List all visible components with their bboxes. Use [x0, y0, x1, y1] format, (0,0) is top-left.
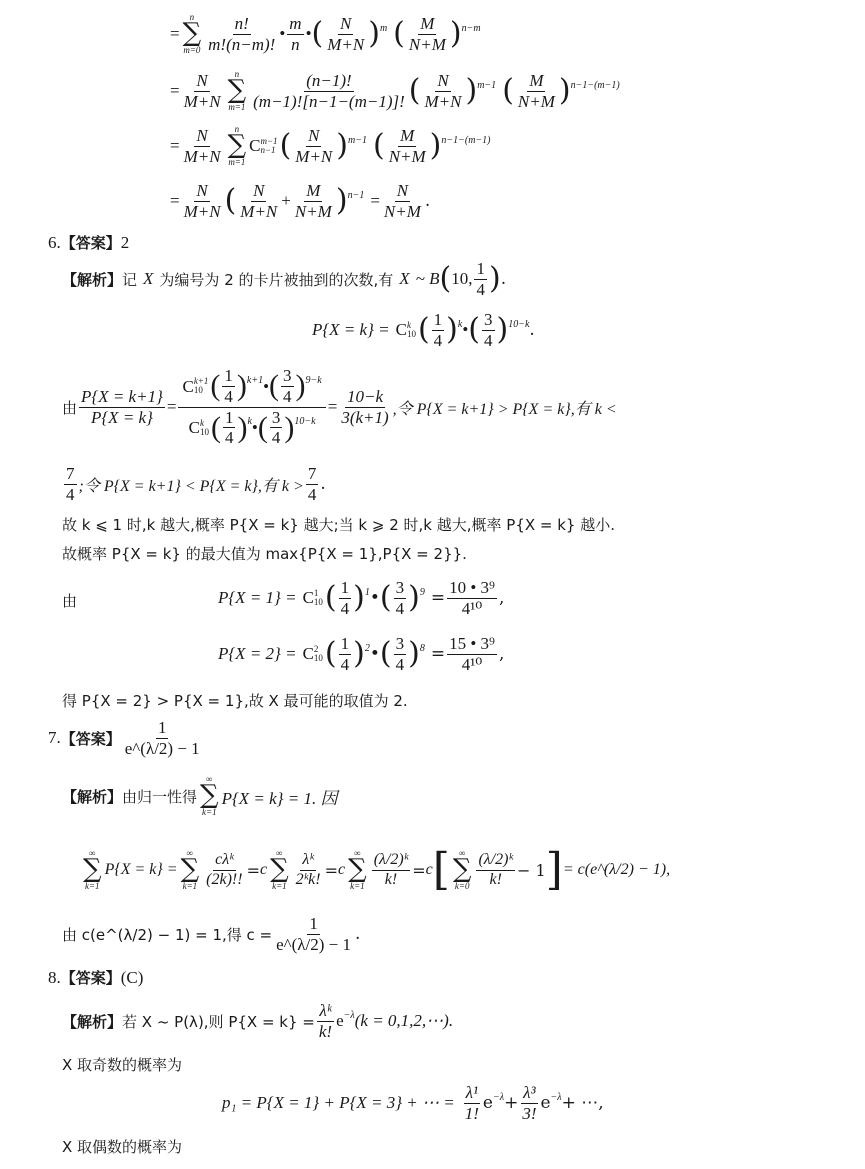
q8-odd-label: X 取奇数的概率为: [62, 1054, 182, 1075]
sum-symbol: n∑m=0: [183, 13, 202, 54]
ratio-big-fraction: Ck+110 (14)k+1 • (34)9−k Ck10 (14)k • (3…: [178, 366, 325, 447]
q8-answer: 8.【答案】(C): [48, 967, 143, 988]
sum-symbol: n∑m=1: [228, 70, 247, 111]
q6-p2: P{X = 2} = C210 (14)2 • (34)8 = 15 • 3⁹4…: [218, 630, 504, 678]
q6-conclusion: 得 P{X = 2} > P{X = 1},故 X 最可能的取值为 2.: [62, 690, 408, 711]
q6-condition: 74 ;令 P{X = k+1} < P{X = k},有 k > 74.: [62, 462, 326, 506]
q7-answer: 7.【答案】 1e^(λ/2) − 1: [48, 718, 204, 758]
q6-max: 故概率 P{X = k} 的最大值为 max{P{X = 1},P{X = 2}…: [62, 543, 467, 564]
q7-normalization: 【解析】 由归一性得 ∞∑k=1 P{X = k} = 1. 因: [62, 774, 337, 818]
q6-analysis-intro: 【解析】 记 X 为编号为 2 的卡片被抽到的次数,有 X ~ B (10,14…: [62, 258, 506, 300]
q7-solve: 由 c(e^(λ/2) − 1) = 1,得 c = 1e^(λ/2) − 1.: [62, 912, 360, 956]
q8-even-label: X 取偶数的概率为: [62, 1136, 182, 1157]
q6-p1: P{X = 1} = C110 (14)1 • (34)9 = 10 • 3⁹4…: [218, 574, 504, 622]
q8-poisson: 【解析】 若 X ~ P(λ),则 P{X = k} = λᵏk! e−λ (k…: [62, 998, 453, 1044]
q7-chain: ∞∑k=1 P{X = k} = ∞∑k=1 cλᵏ(2k)!! = c ∞∑k…: [80, 838, 670, 902]
fraction: n!m!(n−m)!: [206, 14, 277, 54]
q8-odd-equation: p₁ = P{X = 1} + P{X = 3} + ⋯ = λ¹1! e−λ …: [222, 1080, 604, 1126]
derivation-line-1: = n∑m=0 n!m!(n−m)! • mn • (NM+N)m (MN+M)…: [170, 8, 481, 60]
q6-monotone: 故 k ⩽ 1 时,k 越大,概率 P{X = k} 越大;当 k ⩾ 2 时,…: [62, 514, 615, 535]
q6-by: 由: [62, 590, 77, 611]
q6-answer: 6.【答案】2: [48, 232, 129, 253]
derivation-line-3: = NM+N n∑m=1 Cm−1n−1 (NM+N)m−1 (MN+M)n−1…: [170, 120, 491, 172]
derivation-line-2: = NM+N n∑m=1 (n−1)!(m−1)![n−1−(m−1)]! (N…: [170, 65, 620, 117]
q6-pmf: P{X = k} = Ck10 (14)k • (34)10−k .: [312, 305, 535, 355]
sum-symbol: n∑m=1: [228, 125, 247, 166]
q6-ratio: 由 P{X = k+1}P{X = k} = Ck+110 (14)k+1 • …: [62, 362, 617, 452]
derivation-line-4: = NM+N (NM+N + MN+M)n−1 = NN+M.: [170, 175, 430, 227]
